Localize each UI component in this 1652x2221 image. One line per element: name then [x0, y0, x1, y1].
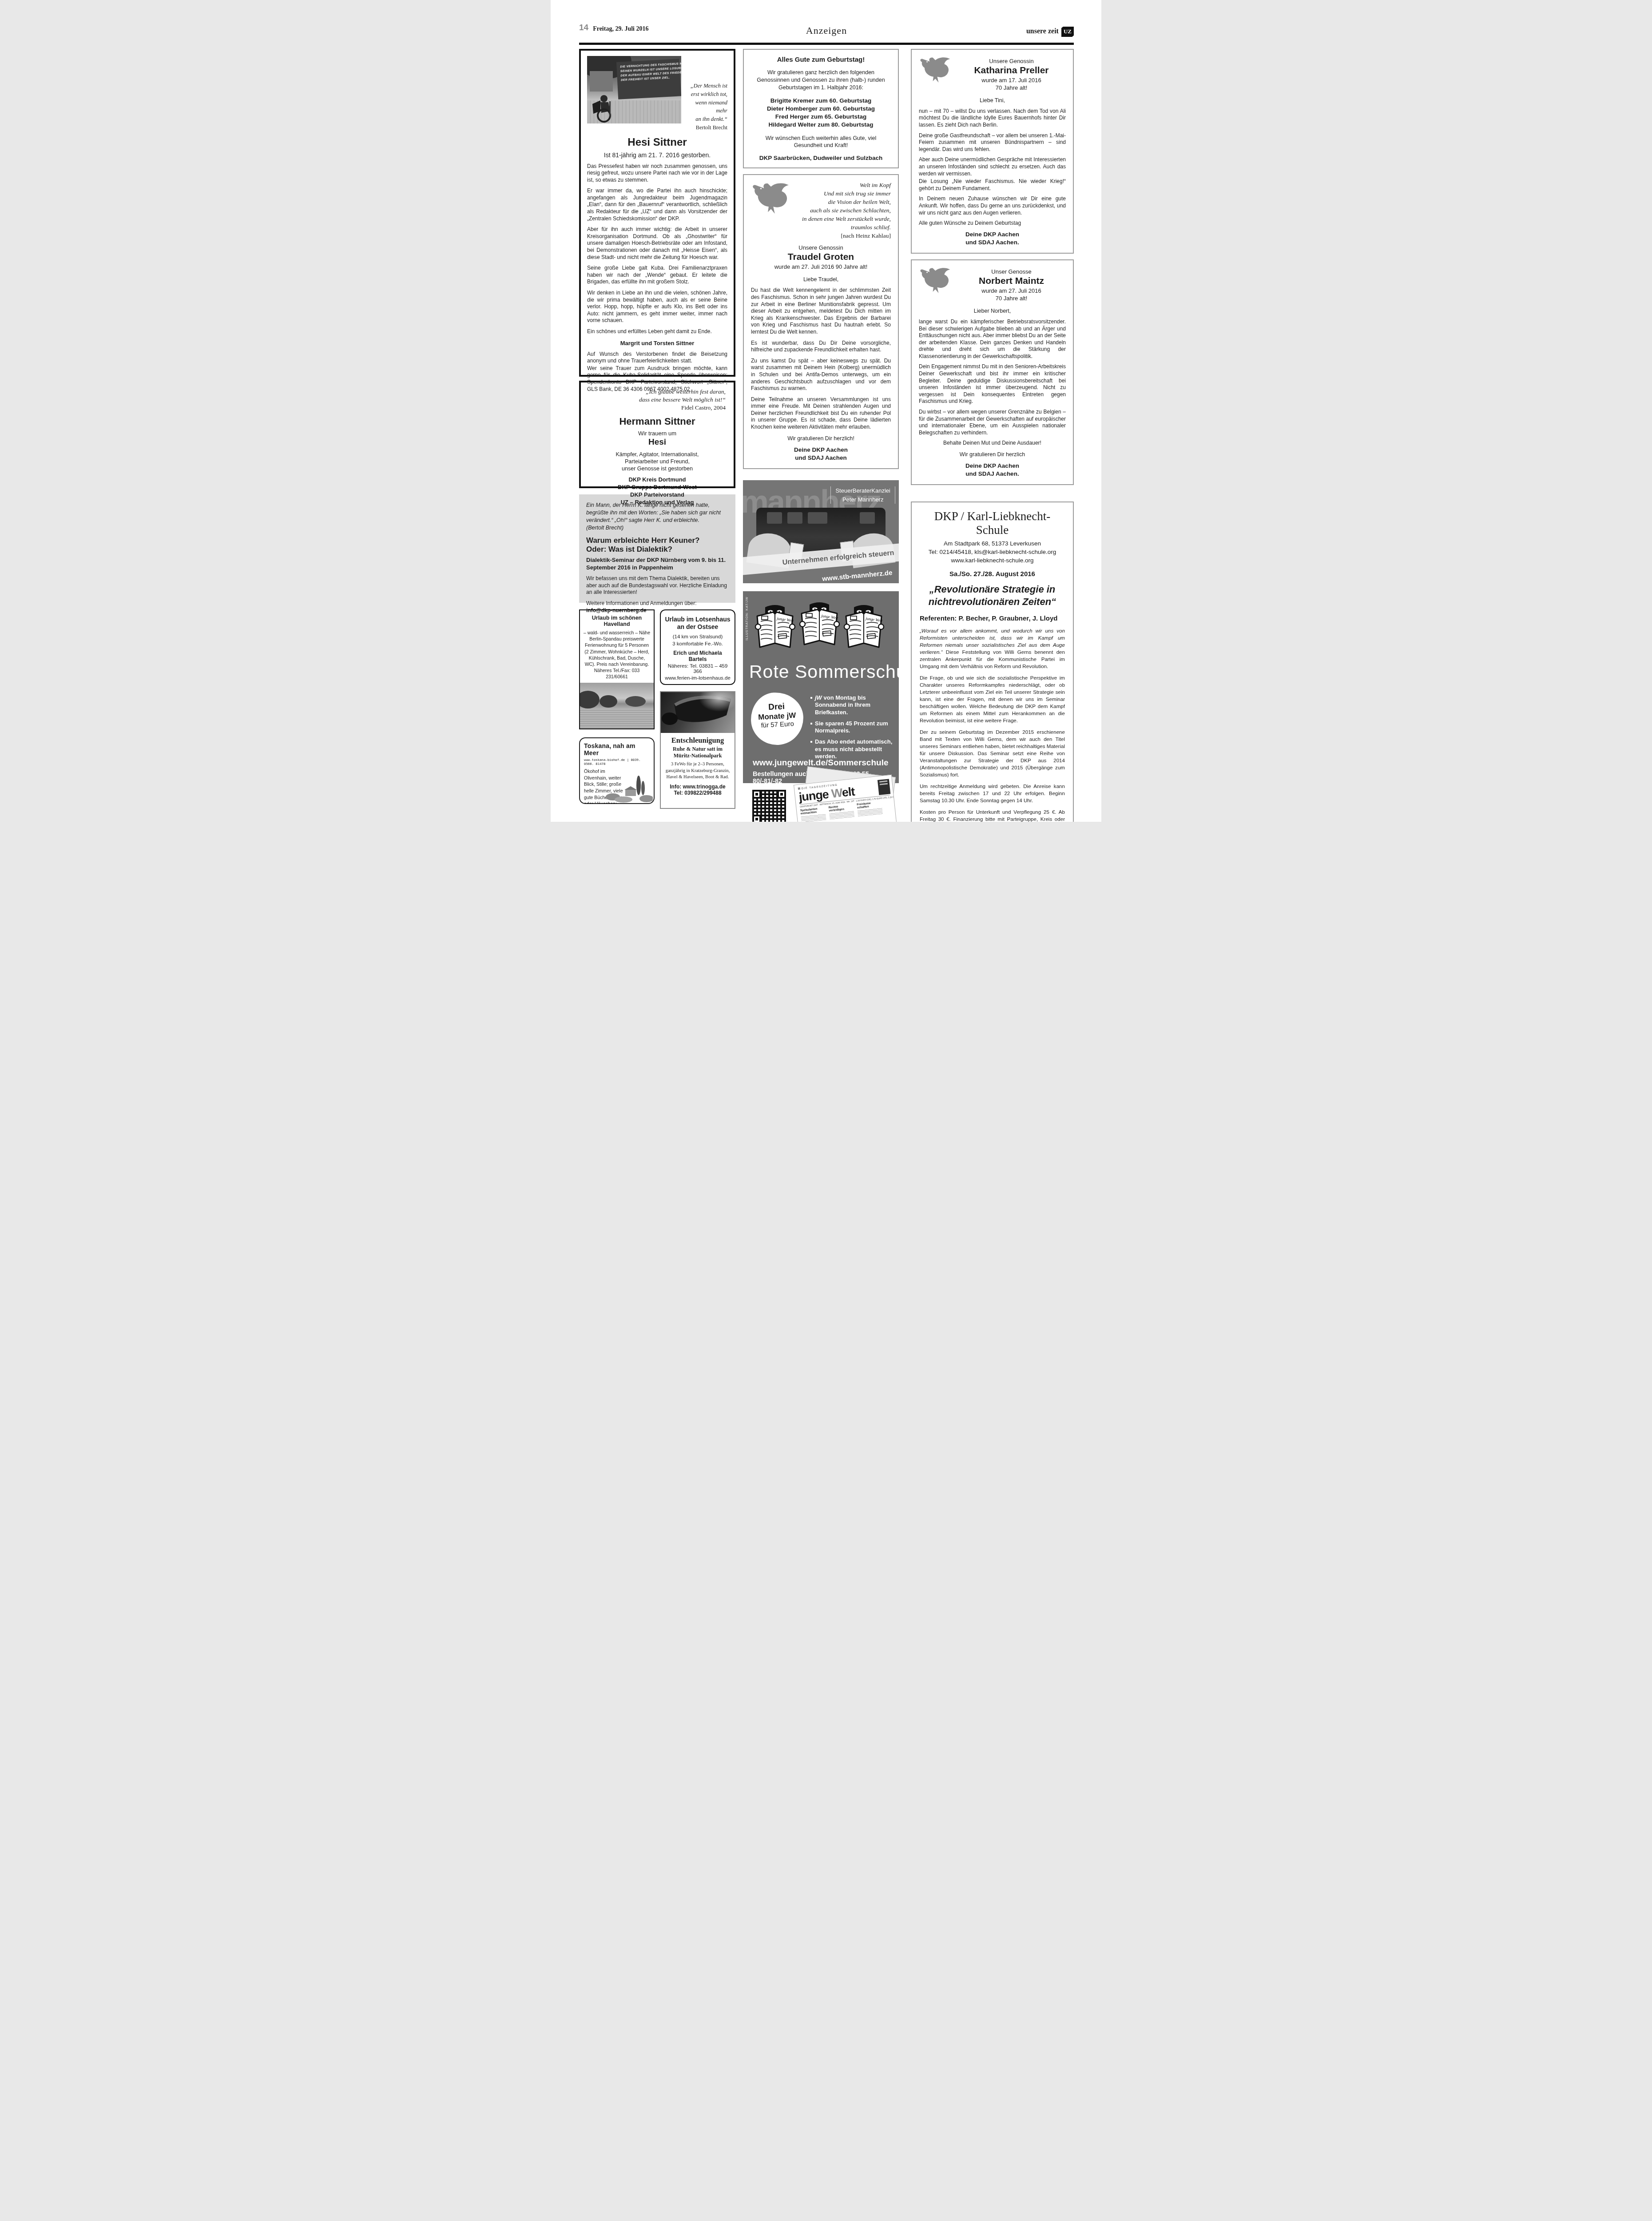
- organization-signature: DKP Saarbrücken, Dudweiler und Sulzbach: [751, 155, 891, 161]
- ad-steuerberater-mannherz: mannherz SteuerBeraterKanzleiPeter Mannh…: [743, 480, 899, 583]
- seminar-date: Sa./So. 27./28. August 2016: [920, 570, 1065, 578]
- birthday-notice-traudel-groten: Welt im Kopf Und mit sich trug sie immer…: [743, 174, 899, 469]
- price-badge: Drei Monate jW für 57 Euro: [750, 691, 805, 746]
- offer-bullets: jW von Montag bis Sonnabend in Ihrem Bri…: [810, 694, 894, 764]
- boat-photo: [661, 692, 735, 733]
- ad-toskana: Toskana, nah am Meer www.toskana-biohof.…: [579, 737, 655, 804]
- literatur-supplement-thumb: [878, 779, 890, 795]
- seminar-subheading: Dialektik-Seminar der DKP Nürnberg vom 9…: [586, 557, 728, 572]
- column-middle: Alles Gute zum Geburtstag! Wir gratulier…: [743, 49, 899, 822]
- obit-paragraph: Ein schönes und erfülltes Leben geht dam…: [587, 328, 727, 335]
- school-website: www.karl-liebknecht-schule.org: [920, 557, 1065, 565]
- protest-banner: DIE VERNICHTUNG DES FASCHISMUS MIT SEINE…: [616, 59, 681, 99]
- farewell-notice-katharina-preller: Unsere Genossin Katharina Preller wurde …: [911, 49, 1074, 254]
- classified-ads-row: Urlaub im schönen Havelland – wald- und …: [579, 609, 735, 809]
- obit-paragraph: Er war immer da, wo die Partei ihn auch …: [587, 187, 727, 222]
- speakers: Referenten: P. Becher, P. Graubner, J. L…: [920, 615, 1065, 622]
- column-left: DIE VERNICHTUNG DES FASCHISMUS MIT SEINE…: [579, 49, 735, 809]
- obit-paragraph: Seine große Liebe galt Kuba. Drei Famili…: [587, 265, 727, 286]
- phone: Tel: 039822/299488: [663, 790, 732, 796]
- column-right: Unsere Genossin Katharina Preller wurde …: [911, 49, 1074, 822]
- kahlau-poem: Welt im Kopf Und mit sich trug sie immer…: [797, 181, 891, 240]
- celebrant-name: Norbert Maintz: [957, 276, 1066, 287]
- ad-title: Urlaub im schönen Havelland: [584, 615, 650, 627]
- obituary-hesi-sittner: DIE VERNICHTUNG DES FASCHISMUS MIT SEINE…: [579, 49, 735, 377]
- page-header: 14Freitag, 29. Juli 2016 Anzeigen unsere…: [579, 23, 1074, 44]
- campaign-url: www.jungewelt.de/Sommerschule: [753, 758, 888, 768]
- brand: unsere zeitUZ: [1026, 27, 1074, 37]
- ad-havelland: Urlaub im schönen Havelland – wald- und …: [579, 609, 655, 729]
- school-name: DKP / Karl-Liebknecht-Schule: [920, 509, 1065, 537]
- birthday-greetings-saarbruecken: Alles Gute zum Geburtstag! Wir gratulier…: [743, 49, 899, 168]
- nickname: Hesi: [587, 438, 727, 447]
- peace-dove-icon: [919, 267, 957, 298]
- building-shape: [590, 71, 613, 92]
- seminar-title: „Revolutionäre Strategie innichtrevoluti…: [920, 583, 1065, 608]
- campaign-title: Rote Sommerschule 2016: [749, 661, 899, 682]
- ad-body: – wald- und wasserreich – Nähe Berlin-Sp…: [584, 630, 650, 680]
- obit-paragraph: Aber für ihn auch immer wichtig: die Arb…: [587, 226, 727, 261]
- greeting-title: Alles Gute zum Geburtstag!: [751, 56, 891, 64]
- death-date-line: Ist 81-jährig am 21. 7. 2016 gestorben.: [587, 151, 727, 159]
- firm-name: SteuerBeraterKanzleiPeter Mannherz: [830, 486, 895, 504]
- obit-paragraph: Wir denken in Liebe an ihn und die viele…: [587, 290, 727, 324]
- lake-photo: [580, 683, 654, 728]
- cat-readers-illustration: junge Welt: [754, 598, 887, 659]
- website: Info: www.trinogga.de: [663, 784, 732, 790]
- ad-subtitle: Ruhe & Natur satt imMüritz-Nationalpark: [663, 746, 732, 759]
- ad-entschleunigung: Entschleunigung Ruhe & Natur satt imMüri…: [660, 691, 735, 809]
- ad-title: Urlaub im Lotsenhausan der Ostsee: [664, 616, 731, 631]
- newspaper-page: 14Freitag, 29. Juli 2016 Anzeigen unsere…: [551, 0, 1101, 822]
- qr-code: [750, 788, 788, 822]
- organization-signature: Deine DKP Aachen und SDAJ Aachen.: [919, 231, 1066, 247]
- ad-lotsenhaus: Urlaub im Lotsenhausan der Ostsee (14 km…: [660, 609, 735, 685]
- ad-body: 3 FeWo für je 2–3 Personen, ganzjährig i…: [663, 761, 732, 781]
- tuscany-photo: [604, 775, 653, 803]
- obit-paragraph: Auf Wunsch des Verstorbenen findet die B…: [587, 351, 727, 365]
- poem-attribution: [nach Heinz Kahlau]: [797, 232, 891, 240]
- ad-title: Toskana, nah am Meer: [584, 742, 650, 756]
- seminar-ad-dialektik: Ein Mann, der Herrn K. lange nicht geseh…: [579, 494, 735, 603]
- owners: Erich und Michaela Bartels: [664, 650, 731, 662]
- birthday-names: Brigitte Kremer zum 60. Geburtstag Diete…: [751, 97, 891, 129]
- brecht-quote: „Der Mensch ist erst wirklich tot, wenn …: [685, 56, 727, 132]
- website: www.stb-mannherz.de: [822, 569, 893, 583]
- ad-contact: www.toskana-biohof.de | 0039. 0566. 8147…: [584, 758, 650, 766]
- quote-attribution: Fidel Castro, 2004: [587, 404, 726, 412]
- deceased-name: Hermann Sittner: [587, 416, 727, 427]
- school-contact: Tel: 0214/45418, kls@karl-liebknecht-sch…: [920, 548, 1065, 557]
- deceased-name: Hesi Sittner: [587, 136, 727, 149]
- ad-title: Entschleunigung: [663, 736, 732, 745]
- section-title: Anzeigen: [579, 25, 1074, 36]
- header-rule: [579, 43, 1074, 45]
- celebrant-name: Katharina Preller: [957, 65, 1066, 76]
- keuner-quote: Ein Mann, der Herrn K. lange nicht geseh…: [586, 502, 728, 532]
- school-address: Am Stadtpark 68, 51373 Leverkusen: [920, 540, 1065, 548]
- tribute: Kämpfer, Agitator, Internationalist, Par…: [587, 451, 727, 473]
- ad-rote-sommerschule: ILLUSTRATION: KAT/JW junge Welt: [743, 591, 899, 822]
- illustration-credit: ILLUSTRATION: KAT/JW: [746, 597, 749, 641]
- peace-dove-icon: [751, 181, 797, 219]
- quote-attribution: Bertolt Brecht: [685, 123, 727, 132]
- website: www.ferien-im-lotsenhaus.de: [664, 676, 731, 681]
- peace-dove-icon: [919, 56, 957, 87]
- seminar-ad-karl-liebknecht-schule: DKP / Karl-Liebknecht-Schule Am Stadtpar…: [911, 502, 1074, 822]
- obit-paragraph: Das Pressefest haben wir noch zusammen g…: [587, 163, 727, 184]
- organization-signature: Deine DKP Aachen und SDAJ Aachen: [751, 446, 891, 462]
- newspaper-mockup: DIE TAGESZEITUNG junge Welt GEGRÜNDET 19…: [796, 772, 896, 822]
- phone: Näheres: Tel. 03831 – 459 366: [664, 664, 731, 674]
- seminar-heading: Warum erbleichte Herr Keuner?Oder: Was i…: [586, 536, 728, 554]
- family-signature: Margrit und Torsten Sittner: [587, 340, 727, 346]
- celebrant-name: Traudel Groten: [751, 252, 891, 263]
- uz-logo: UZ: [1061, 27, 1074, 37]
- organization-signature: Deine DKP Aachen und SDAJ Aachen.: [919, 462, 1066, 478]
- man-in-wheelchair-silhouette: [591, 93, 622, 123]
- birthday-notice-norbert-maintz: Unser Genosse Norbert Maintz wurde am 27…: [911, 259, 1074, 485]
- mourning-notice-hermann-sittner: „Ich glaube weiterhin fest daran, dass e…: [579, 381, 735, 488]
- hesi-photo: DIE VERNICHTUNG DES FASCHISMUS MIT SEINE…: [587, 56, 681, 123]
